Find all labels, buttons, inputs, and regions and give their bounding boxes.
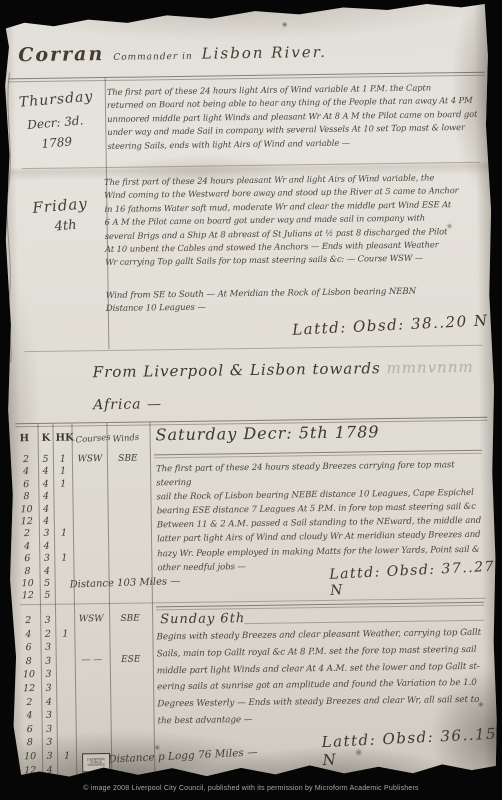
halfknots-column: 1 1 1 1 1	[55, 454, 73, 591]
column-header-winds: Winds	[112, 433, 139, 445]
log-day-title: Sunday 6th	[160, 611, 245, 627]
column-header-hours: H	[20, 433, 30, 444]
entry-text: The first part of these 24 hours light A…	[107, 81, 486, 153]
ship-name: Corran	[18, 43, 104, 66]
log-day-saturday: Saturday Decr: 5th 1789 2 4 6 8 10 12 2 …	[0, 2, 491, 9]
remarks-text: The first part of these 24 hours steady …	[156, 458, 486, 575]
date-label: Decr: 3d.	[27, 113, 84, 132]
wind-value: SBE	[110, 453, 146, 464]
voyage-heading-line2: Africa —	[93, 396, 162, 413]
copyright-caption: © image 2008 Liverpool City Council, pub…	[0, 785, 502, 792]
column-header-courses: Courses	[75, 433, 111, 446]
distance-note: Distance 103 Miles —	[70, 576, 181, 590]
library-stamp: LIVERPOOL PUBLIC LIBRARIES	[82, 753, 110, 772]
ruled-line	[22, 162, 480, 169]
commander-text: Commander in	[113, 52, 193, 63]
log-day-title: Saturday Decr: 5th 1789	[155, 422, 379, 444]
scanned-logbook-page: Corran Commander in Lisbon River. Thursd…	[0, 0, 502, 800]
latitude-reading: Lattd: Obsd: 38..20 N	[292, 311, 489, 339]
wind-value: SBE	[112, 613, 148, 624]
page-title: Corran Commander in Lisbon River.	[18, 40, 327, 66]
table-column-line	[149, 422, 155, 774]
wind-value-2: ESE	[113, 654, 149, 665]
entry-friday: Friday 4th The first part of these 24 ho…	[0, 2, 491, 9]
halfknots-column: 1 1	[57, 613, 75, 763]
distance-note: Distance p Logg 76 Miles —	[108, 746, 258, 765]
knots-column: 5 4 4 4 4 4 3 4 3 4 5 5	[39, 454, 54, 603]
voyage-heading-line1: From Liverpool & Lisbon towards mmnvnnm	[93, 358, 474, 381]
entry-text: The first part of these 24 hours pleasan…	[104, 171, 485, 270]
ruled-line	[24, 345, 482, 352]
entry-thursday: Thursday Decr: 3d. 1789 The first part o…	[0, 2, 491, 9]
hours-column: 2 4 6 8 10 12 2 4 6 8 10 12	[16, 454, 38, 603]
ruled-line	[244, 620, 484, 624]
page-edge-flourish	[1, 72, 23, 362]
stamp-line: LIBRARIES	[87, 764, 106, 767]
location-text: Lisbon River.	[202, 43, 328, 63]
course-ditto: — —	[77, 655, 107, 665]
date-label: 4th	[54, 218, 77, 235]
table-column-line	[106, 423, 112, 775]
wind-note: Wind from SE to South — At Meridian the …	[106, 285, 486, 317]
latitude-reading: Lattd: Obsd: 36..15 N	[321, 724, 502, 769]
log-day-sunday: Sunday 6th 2 4 6 8 10 12 2 4 6 8 10 12 3…	[0, 2, 491, 9]
column-header-halfknots: HK	[56, 432, 74, 443]
knots-column: 3 2 3 3 3 3 4 3 3 3 3 4	[41, 614, 56, 777]
faded-scrawl: mmnvnnm	[386, 358, 473, 377]
day-label: Friday	[32, 194, 89, 217]
latitude-reading: Lattd: Obsd: 37..27 N	[329, 559, 499, 599]
course-value: WSW	[74, 454, 106, 464]
year-label: 1789	[41, 134, 73, 151]
manuscript-paper: Corran Commander in Lisbon River. Thursd…	[0, 2, 501, 781]
column-header-knots: K	[42, 433, 51, 444]
hours-column: 2 4 6 8 10 12 2 4 6 8 10 12	[18, 614, 40, 777]
voyage-heading: From Liverpool & Lisbon towards mmnvnnm …	[0, 2, 491, 9]
day-label: Thursday	[18, 89, 94, 111]
remarks-text: Begins with steady Breezes and clear ple…	[156, 625, 489, 730]
course-value: WSW	[74, 614, 108, 624]
